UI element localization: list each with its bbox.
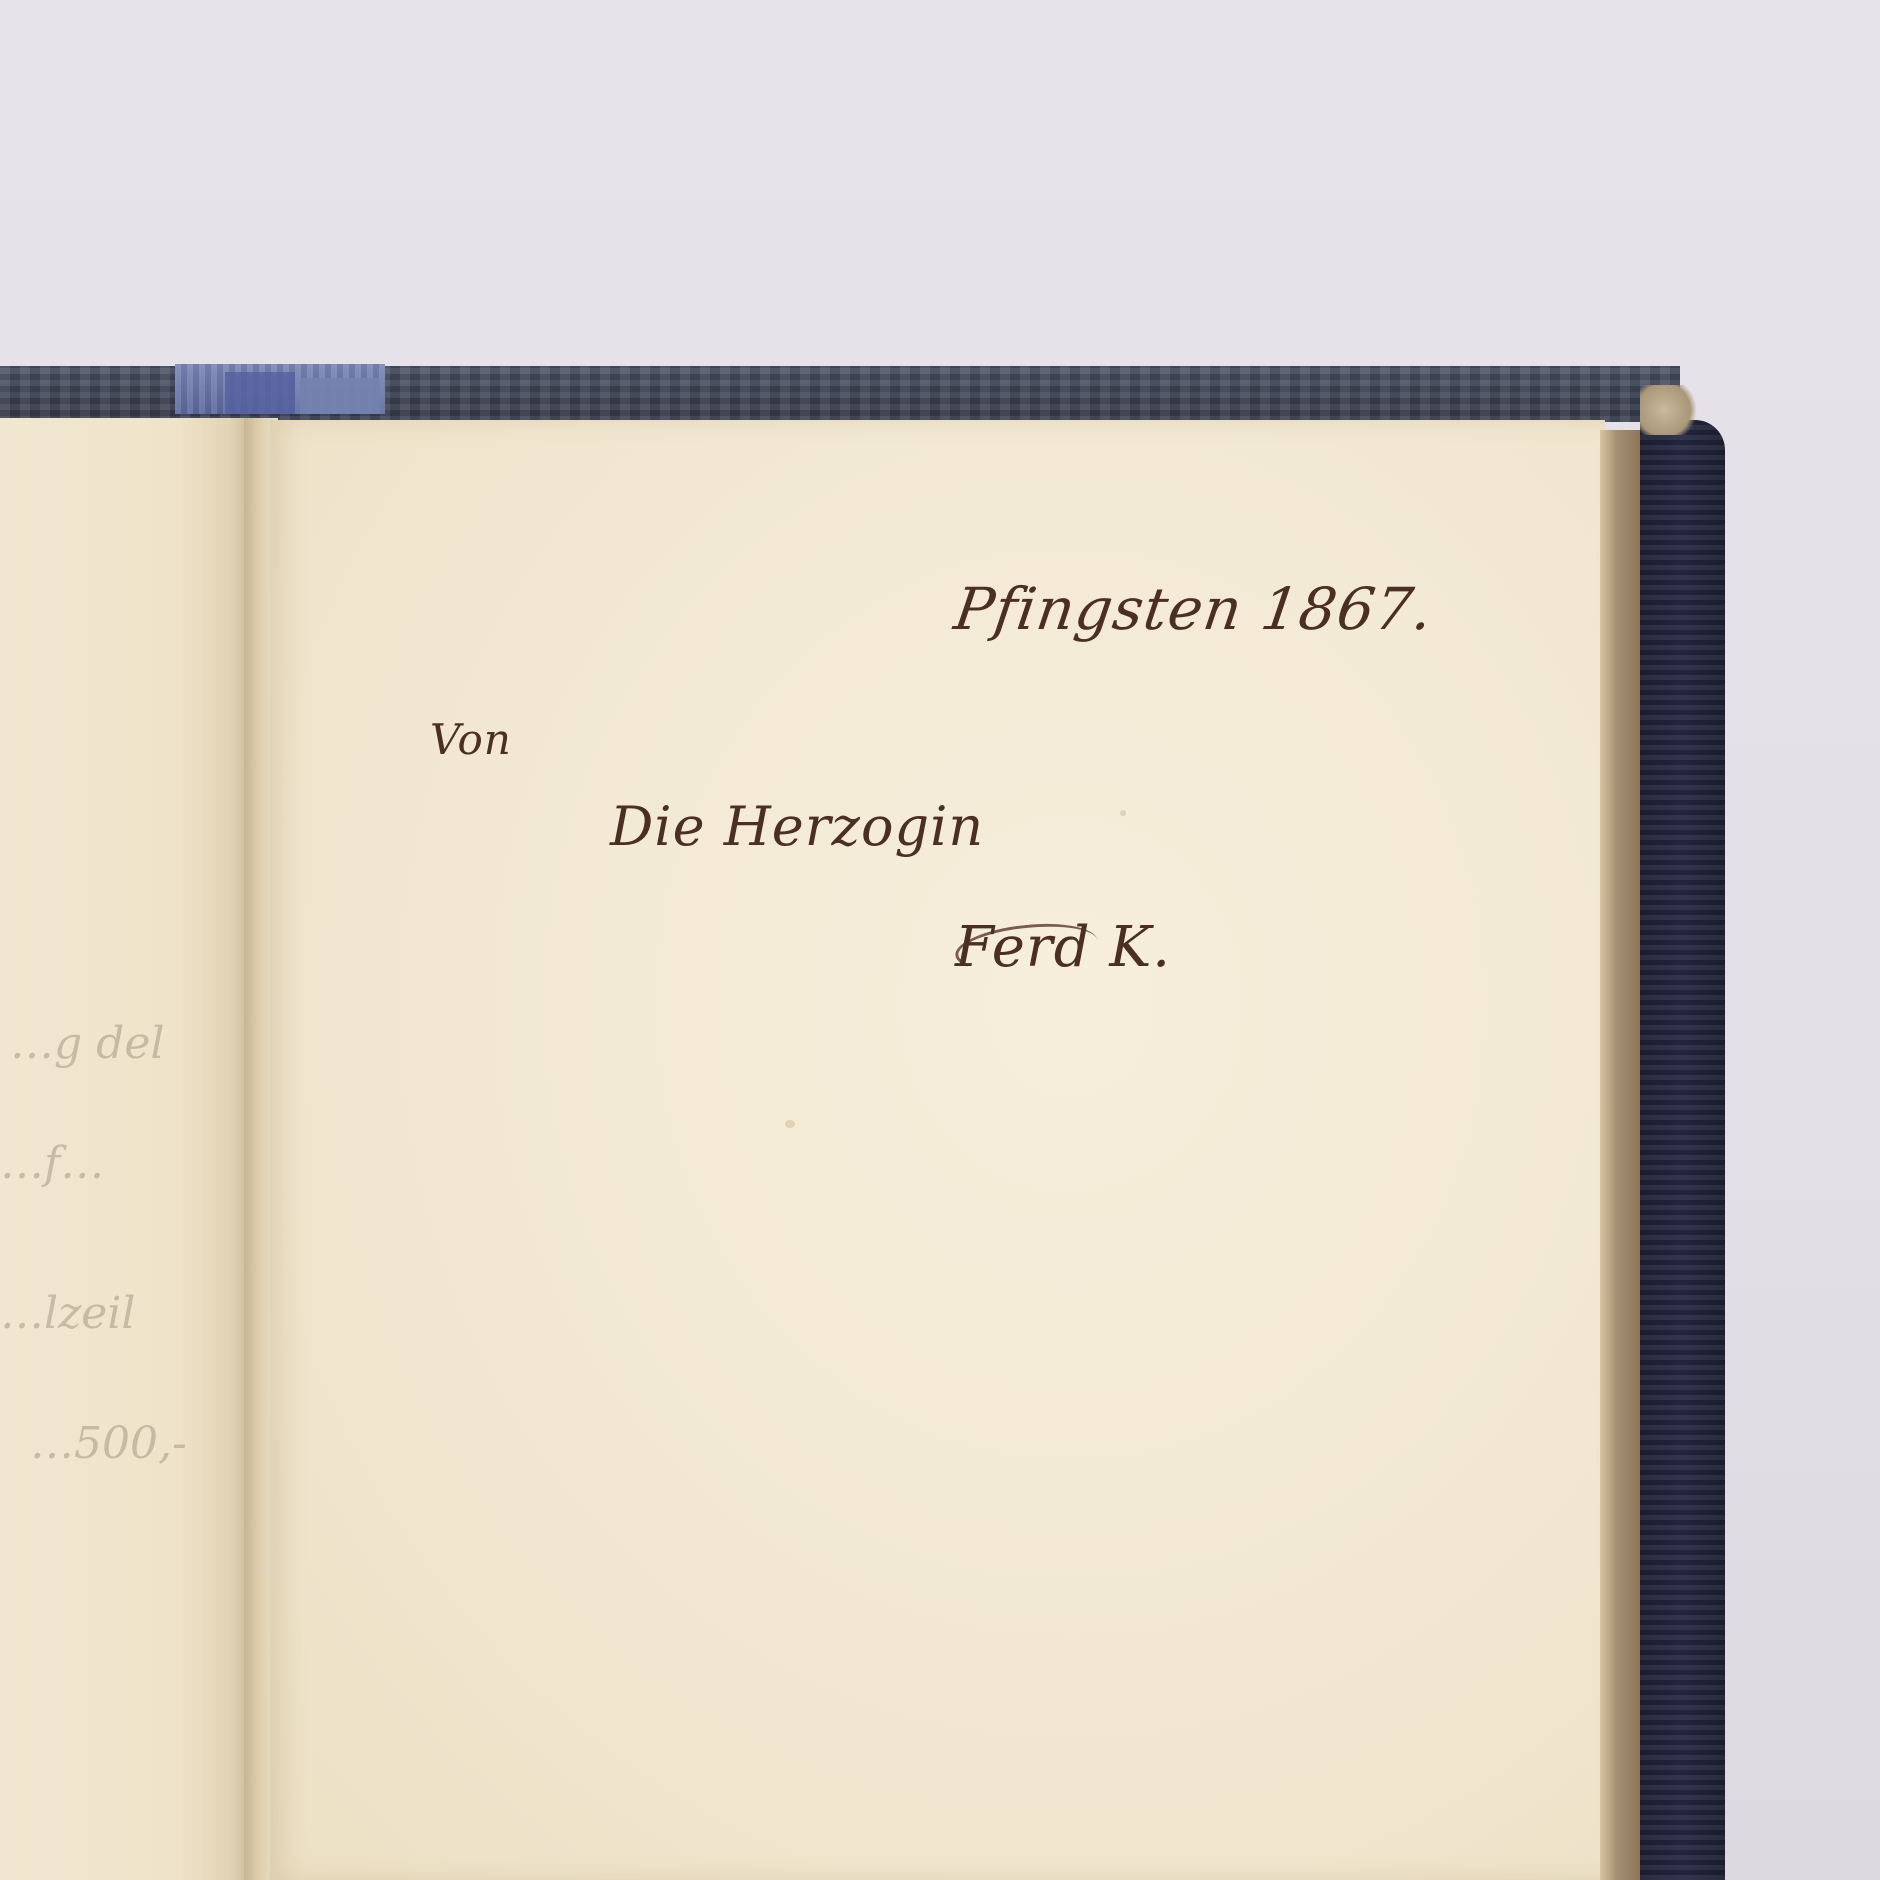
worn-cover-corner [1640,385,1700,435]
page-fore-edge [1600,430,1642,1880]
cloth-cover-right-board [1640,420,1725,1880]
inscription-signature: Ferd K. [955,915,1171,980]
spine-headcap [175,364,385,414]
pencil-note: …g del [10,1018,164,1069]
headcap-segment [300,378,380,414]
pencil-price-note: …500,- [30,1418,187,1469]
pencil-note: …lzeil [0,1288,135,1339]
inscription-date: Pfingsten 1867. [950,575,1437,643]
inscription-from-word: Von [430,715,512,764]
left-page: …g del …f… …lzeil …500,- [0,418,250,1880]
book-photo-scene: …g del …f… …lzeil …500,- Pfingsten 1867.… [0,0,1880,1880]
inscription-recipient: Die Herzogin [610,795,984,858]
foxing-spot [1120,810,1126,816]
pencil-note: …f… [0,1138,104,1189]
foxing-spot [785,1120,795,1128]
headcap-segment [225,372,295,414]
